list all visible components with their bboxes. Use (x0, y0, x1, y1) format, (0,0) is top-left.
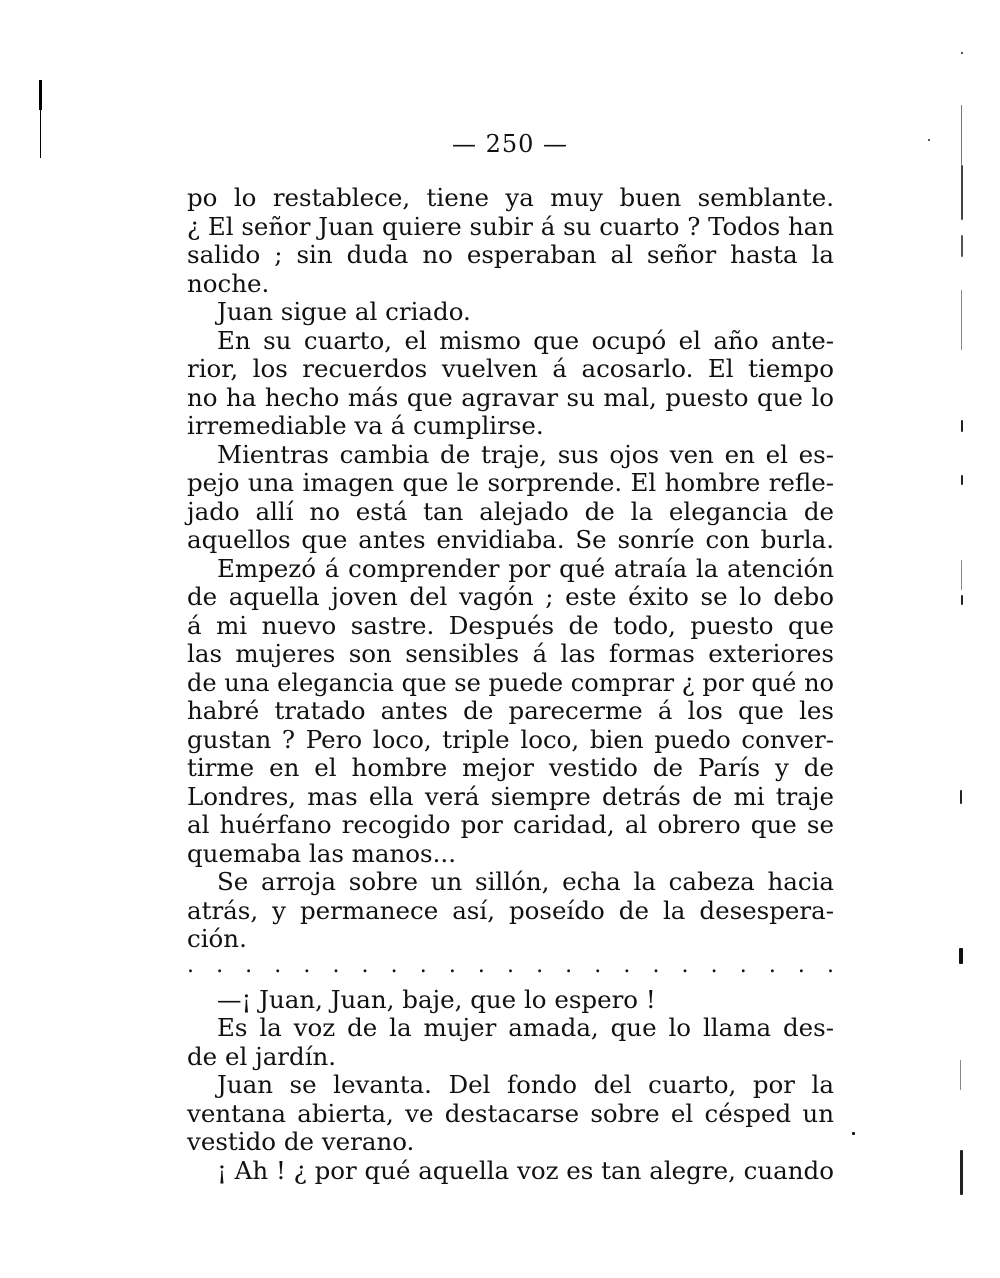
text-line: no ha hecho más que agravar su mal, pues… (187, 384, 834, 413)
text-line: ción. (187, 925, 834, 954)
page-number: — 250 — (10, 130, 1000, 158)
scan-artifact-speck (960, 1150, 963, 1195)
text-line: tirme en el hombre mejor vestido de Parí… (187, 754, 834, 783)
scan-artifact-speck (961, 165, 963, 220)
scan-artifact-left-line (40, 100, 41, 158)
scan-artifact-speck (961, 105, 962, 165)
text-line: ¿ El señor Juan quiere subir á su cuarto… (187, 213, 834, 242)
text-line: po lo restablece, tiene ya muy buen semb… (187, 184, 834, 213)
text-line: de aquella joven del vagón ; este éxito … (187, 583, 834, 612)
text-line: de una elegancia que se puede comprar ¿ … (187, 669, 834, 698)
text-line: —¡ Juan, Juan, baje, que lo espero ! (187, 986, 834, 1015)
section-separator: . . . . . . . . . . . . . . . . . . . . … (187, 954, 834, 986)
text-line: Empezó á comprender por qué atraía la at… (187, 555, 834, 584)
text-line: quemaba las manos... (187, 840, 834, 869)
text-line: En su cuarto, el mismo que ocupó el año … (187, 327, 834, 356)
text-line: irremediable va á cumplirse. (187, 412, 834, 441)
text-line: atrás, y permanece así, poseído de la de… (187, 897, 834, 926)
text-line: salido ; sin duda no esperaban al señor … (187, 241, 834, 270)
text-line: Juan sigue al criado. (187, 298, 834, 327)
text-line: Se arroja sobre un sillón, echa la cabez… (187, 868, 834, 897)
text-line: de el jardín. (187, 1043, 834, 1072)
scan-artifact-speck (961, 475, 963, 485)
text-line: Juan se levanta. Del fondo del cuarto, p… (187, 1071, 834, 1100)
text-line: aquellos que antes envidiaba. Se sonríe … (187, 526, 834, 555)
text-line: habré tratado antes de parecerme á los q… (187, 697, 834, 726)
text-line: Mientras cambia de traje, sus ojos ven e… (187, 441, 834, 470)
text-line: pejo una imagen que le sorprende. El hom… (187, 469, 834, 498)
scan-artifact-speck (961, 595, 963, 605)
text-line: á mi nuevo sastre. Después de todo, pues… (187, 612, 834, 641)
text-line: al huérfano recogido por caridad, al obr… (187, 811, 834, 840)
text-line: jado allí no está tan alejado de la eleg… (187, 498, 834, 527)
scan-artifact-speck (961, 290, 962, 350)
text-line: Es la voz de la mujer amada, que lo llam… (187, 1014, 834, 1043)
scan-artifact-speck (961, 560, 962, 590)
scan-artifact-speck (961, 420, 963, 432)
text-line: Londres, mas ella verá siempre detrás de… (187, 783, 834, 812)
page-body-text: po lo restablece, tiene ya muy buen semb… (187, 184, 834, 1185)
scan-artifact-speck (960, 1060, 961, 1090)
scan-artifact-speck (961, 235, 963, 257)
text-line: vestido de verano. (187, 1128, 834, 1157)
text-line: ventana abierta, ve destacarse sobre el … (187, 1100, 834, 1129)
scan-artifact-speck (961, 52, 963, 54)
text-line: noche. (187, 270, 834, 299)
scan-artifact-speck (960, 790, 962, 804)
scan-artifact-speck (959, 948, 963, 964)
text-line: ¡ Ah ! ¿ por qué aquella voz es tan aleg… (187, 1157, 834, 1186)
scan-artifact-speck (852, 1132, 855, 1135)
text-line: rior, los recuerdos vuelven á acosarlo. … (187, 355, 834, 384)
scan-artifact-speck (928, 139, 930, 141)
text-line: las mujeres son sensibles á las formas e… (187, 640, 834, 669)
text-line: gustan ? Pero loco, triple loco, bien pu… (187, 726, 834, 755)
